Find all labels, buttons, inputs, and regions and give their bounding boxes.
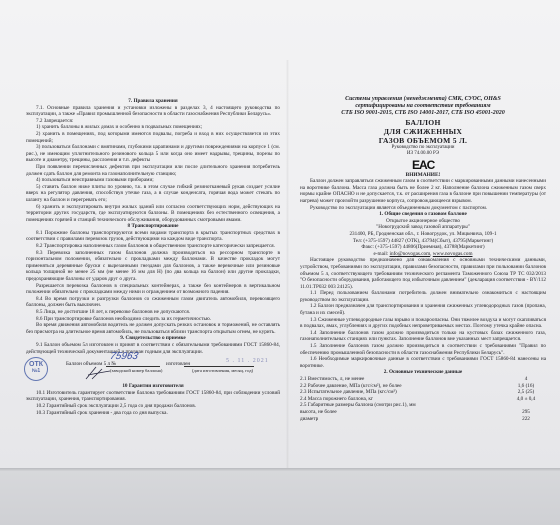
section7-heading: 7. Правила хранения (26, 98, 280, 105)
serial-number: 75963 (109, 354, 138, 361)
serial-caption: (заводской номер баллона) (110, 368, 162, 375)
spec-row: 2.5 Габаритные размеры баллона (смотри р… (300, 402, 546, 409)
section7-item: При появлении перечисленных дефектов при… (26, 164, 280, 177)
section10-item: 10.3 Гарантийный срок хранения - два год… (26, 410, 280, 417)
section8-item: Разрешается перевозка баллонов в специал… (26, 283, 280, 296)
company-line: "Новогрудский завод газовой аппаратуры" (300, 224, 546, 231)
serial-underline (106, 366, 160, 367)
left-column: 7. Правила хранения 7.1. Основные правил… (26, 98, 280, 416)
spec-row: диаметр222 (300, 416, 546, 423)
section7-item: 4) пользоваться неисправными газовыми пр… (26, 177, 280, 184)
certification-line: сертифицированы на соответствие требован… (300, 103, 546, 110)
section7-item: 3) пользоваться баллонами с вмятинами, г… (26, 144, 280, 164)
section10-item: 10.1 Изготовитель гарантирует соответств… (26, 390, 280, 403)
section7-item: 1) хранить баллоны в жилых домах и особе… (26, 124, 280, 131)
eac-mark-icon: EAC (412, 159, 434, 172)
email-prefix: e-mail: (374, 251, 389, 257)
spec-label: 2.5 Габаритные размеры баллона (смотри р… (300, 402, 416, 409)
section1-heading: 1. Общие сведения о газовом баллоне (300, 211, 546, 218)
general-item: 1.1 Перед пользованием баллонами потреби… (300, 290, 546, 303)
section8-item: 8.2 Транспортировка наполненных газом ба… (26, 243, 280, 250)
document-title: ДЛЯ СЖИЖЕННЫХ (300, 127, 546, 136)
spec-row: 2.1 Вместимость, л, не менее4 (300, 376, 546, 383)
general-item: 1.3 Сжиженные углеводородные газы взрыво… (300, 317, 546, 330)
section7-item: 6) хранить и эксплуатировать внутри жилы… (26, 204, 280, 224)
section7-item: 2) хранить в помещениях, под которыми им… (26, 131, 280, 144)
section8-heading: 8 Транспортирование (26, 223, 280, 230)
spec-label: высота, не более (300, 409, 337, 416)
specs-table: 2.1 Вместимость, л, не менее42.2 Рабочее… (300, 376, 546, 422)
section8-item: 8.1 Порожние баллоны транспортируются вс… (26, 230, 280, 243)
warning-heading: ВНИМАНИЕ! (300, 172, 546, 179)
section7-paragraph: 7.1. Основные правила хранения и установ… (26, 105, 280, 118)
website-link[interactable]: www.novogas.com (433, 251, 473, 257)
general-item: 1.6 Необходимые маркировочные данные в с… (300, 356, 546, 369)
section9-paragraph: 9.1 Баллон объемом 5л изготовлен и приня… (26, 342, 280, 355)
email-link[interactable]: info@novogas.com (390, 251, 431, 257)
spec-value: 222 (506, 416, 546, 423)
right-column: Системы управления (менеджмента) СМК, СУ… (300, 96, 546, 422)
certification-line: СТБ ISO 9001-2015, СТБ ISO 14001-2017, С… (300, 110, 546, 117)
signature-icon (84, 365, 114, 381)
document-title: БАЛЛОН (300, 118, 546, 127)
intro-paragraph: Настоящее руководство предназначено для … (300, 257, 546, 290)
date-underline (184, 366, 254, 367)
spec-label: 2.3 Испытательное давление, МПа (кгс/см²… (300, 389, 397, 396)
page-fold (286, 60, 289, 470)
section8-item: 8.3 Перевозка заполненных газом баллонов… (26, 250, 280, 283)
section8-item: 8.5 Лица, не достигшие 18 лет, к перевоз… (26, 309, 280, 316)
spec-label: 2.1 Вместимость, л, не менее (300, 376, 364, 383)
general-item: 1.4 Заполнение баллонов газом должно про… (300, 330, 546, 343)
general-item: 1.2 Баллон предназначен для транспортиро… (300, 303, 546, 316)
spec-value: 4,0 ± 0,4 (506, 396, 546, 403)
document-title: ГАЗОВ ОБЪЕМОМ 5 Л. (300, 136, 546, 145)
section8-item: Во время движения автомобиля водитель не… (26, 322, 280, 335)
spec-row: 2.3 Испытательное давление, МПа (кгс/см²… (300, 389, 546, 396)
document-code: ИЗ 74.00.00 РЭ (300, 151, 546, 157)
contact-line: e-mail: info@novogas.com, www.novogas.co… (300, 251, 546, 258)
section8-item: 8.4 Во время погрузки и разгрузки баллон… (26, 296, 280, 309)
general-item: 1.5 Заполнение баллонов газом должно про… (300, 343, 546, 356)
spec-value: 2,5 (25) (506, 389, 546, 396)
section2-heading: 2. Основные технические данные (300, 369, 546, 376)
manufacture-date: 5 . 11 . 2021 (226, 358, 269, 365)
otk-stamp: ОТК №1 (24, 357, 48, 381)
spec-row: высота, не более295 (300, 409, 546, 416)
spec-value: 295 (506, 409, 546, 416)
company-line: Факс: (+375-1597) 44806(Приемная), 43788… (300, 244, 546, 251)
warning-text: Баллон должен заправляться сжиженным газ… (300, 178, 546, 204)
section10-item: 10.2 Гарантийный срок эксплуатации 2,5 г… (26, 403, 280, 410)
section10-heading: 10 Гарантии изготовителя (26, 383, 280, 390)
spec-value: 4 (506, 376, 546, 383)
section9-heading: 9. Свидетельство о приемке (26, 335, 280, 342)
date-caption: (дата изготовления, месяц, год) (192, 368, 253, 375)
company-line: 231400, РБ, Гродненская обл., г. Новогру… (300, 231, 546, 238)
section7-item: 5) ставить баллон ниже плиты по уровню, … (26, 184, 280, 204)
acceptance-certificate: ОТК №1 Баллон объемом 5 л № 75963 изгото… (26, 357, 280, 383)
background-surface (0, 471, 560, 525)
spec-value (506, 402, 546, 409)
spec-label: диаметр (300, 416, 318, 423)
